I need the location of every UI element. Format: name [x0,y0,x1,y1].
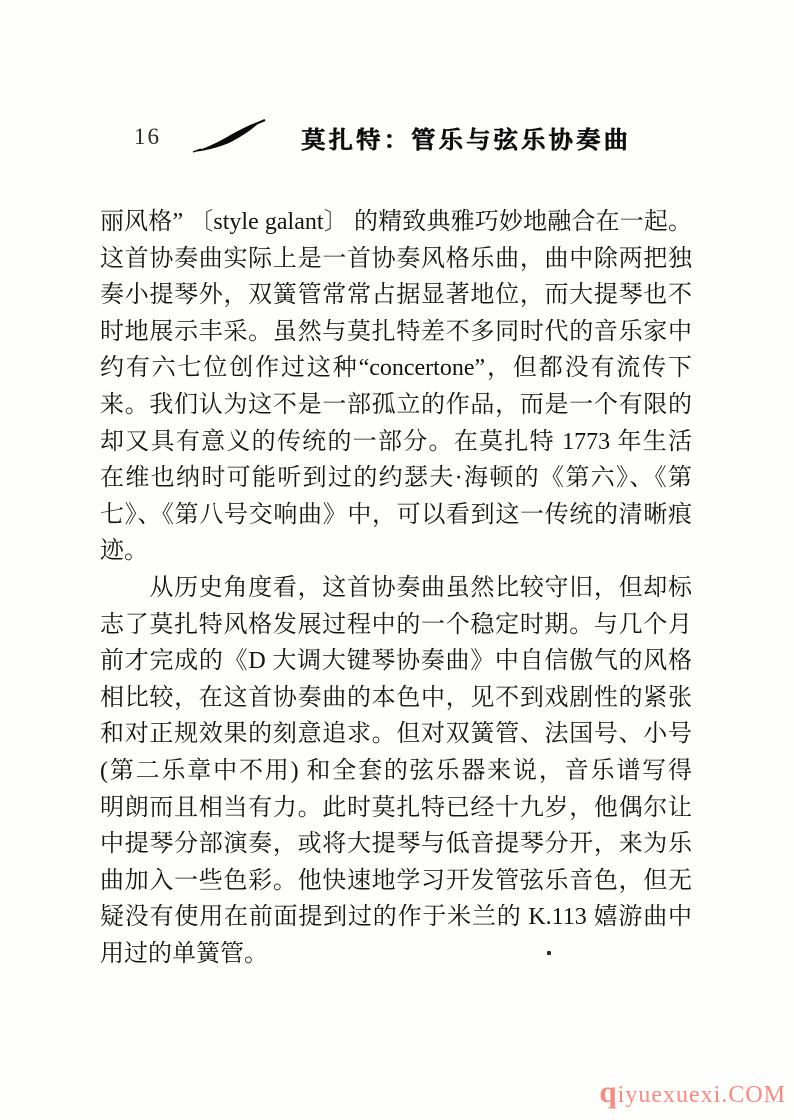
text-line: 来。我们认为这不是一部孤立的作品，而是一个有限的 [100,387,692,424]
text-line: 明朗而且相当有力。此时莫扎特已经十九岁，他偶尔让 [100,790,692,827]
text-line: 疑没有使用在前面提到过的作于米兰的 K.113 嬉游曲中 [100,899,692,936]
scanned-book-page: 16 莫扎特：管乐与弦乐协奏曲 丽风格” 〔style galant〕 的精致典… [0,0,794,1120]
text-line: 丽风格” 〔style galant〕 的精致典雅巧妙地融合在一起。 [100,204,692,241]
quill-pen-icon [191,119,267,155]
body-text: 丽风格” 〔style galant〕 的精致典雅巧妙地融合在一起。 这首协奏曲… [100,204,692,972]
text-line: 奏小提琴外，双簧管常常占据显著地位，而大提琴也不 [100,277,692,314]
text-line: 用过的单簧管。 [100,936,692,973]
chapter-title: 莫扎特：管乐与弦乐协奏曲 [301,120,631,155]
text-line: 相比较，在这首协奏曲的本色中，见不到戏剧性的紧张 [100,680,692,717]
text-line: 志了莫扎特风格发展过程中的一个稳定时期。与几个月 [100,607,692,644]
text-line: 中提琴分部演奏，或将大提琴与低音提琴分开，来为乐 [100,826,692,863]
text-line: 时地展示丰采。虽然与莫扎特差不多同时代的音乐家中 [100,314,692,351]
text-line: 七》、《第八号交响曲》中，可以看到这一传统的清晰痕 [100,497,692,534]
text-line: 这首协奏曲实际上是一首协奏风格乐曲，曲中除两把独 [100,241,692,278]
page-number: 16 [134,124,161,150]
text-line: 约有六七位创作过这种“concertone”，但都没有流传下 [100,350,692,387]
text-line: 前才完成的《D 大调大键琴协奏曲》中自信傲气的风格 [100,643,692,680]
text-line: (第二乐章中不用) 和全套的弦乐器来说，音乐谱写得 [100,753,692,790]
text-line: 迹。 [100,533,692,570]
page-header: 16 莫扎特：管乐与弦乐协奏曲 [134,120,631,154]
text-line: 却又具有意义的传统的一部分。在莫扎特 1773 年生活 [100,424,692,461]
watermark-text: qiyuexuexi.COM [599,1074,786,1110]
text-line: 和对正规效果的刻意追求。但对双簧管、法国号、小号 [100,716,692,753]
scan-speck [547,951,551,955]
text-line: 在维也纳时可能听到过的约瑟夫·海顿的《第六》、《第 [100,460,692,497]
text-line: 从历史角度看，这首协奏曲虽然比较守旧，但却标 [100,570,692,607]
text-line: 曲加入一些色彩。他快速地学习开发管弦乐音色，但无 [100,863,692,900]
